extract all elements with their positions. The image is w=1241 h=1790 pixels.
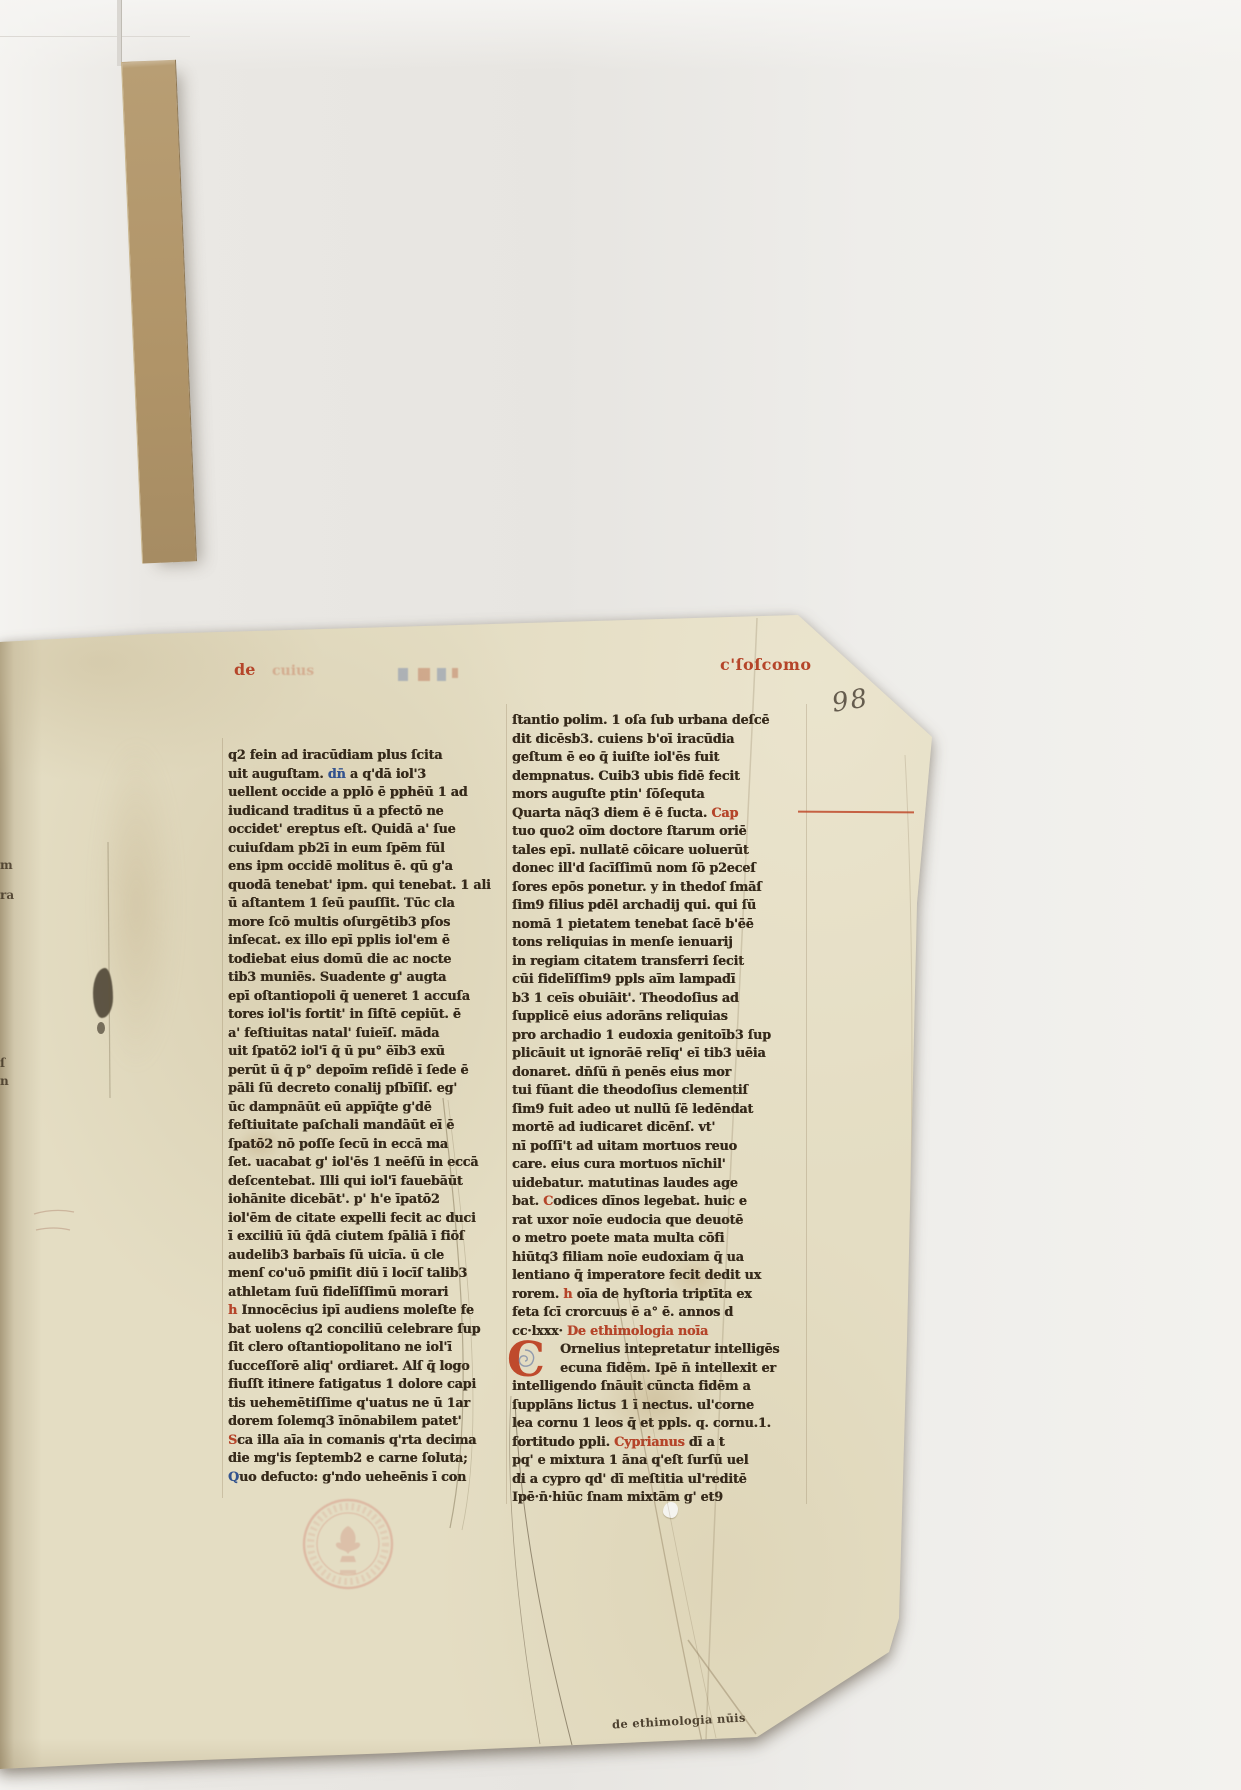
text-run: ecuna fidēm. Ipē n̄ intellexit er: [560, 1361, 776, 1376]
text-line: inſecat. ex illo epī pplis iol'em ē: [228, 932, 510, 951]
folio-number: 98: [830, 683, 871, 718]
text-run: C: [45, 0, 69, 31]
text-run: Innocēcius ipī audiens moleſte fe: [237, 1303, 474, 1318]
text-line: ſtantio polim. 1 oſa ſub urbana deſcē: [512, 712, 808, 731]
text-line: tuo quo2 oīm doctore ſtarum oriē: [512, 823, 808, 842]
title-part: C: [45, 0, 69, 31]
text-line: ſores epōs ponetur. y in thedoſ ſmāſ: [512, 879, 808, 898]
text-line: rorem. h oīa de hyſtoria triptīta ex: [512, 1286, 808, 1305]
text-line: geſtum ē eo q̄ iuiſte iol'ēs fuit: [512, 749, 808, 768]
text-line: occidet' ereptus eſt. Quidā a' ſue: [228, 821, 510, 840]
text-line: tib3 muniēs. Suadente g' augta: [228, 969, 510, 988]
text-run: De ethimologia noīa: [567, 1324, 708, 1339]
text-line: Quarta nāq3 diem ē ē ſucta. Cap: [512, 805, 808, 824]
text-line: menſ co'uō pmiſit diū ī locīſ talib3: [228, 1265, 510, 1284]
show-through-mark: [398, 668, 408, 681]
initial-flourish: [512, 1346, 538, 1376]
title-part: V: [85, 4, 102, 31]
text-line: fortitudo ppli. Cyprianus dī a t: [512, 1434, 808, 1453]
text-line: uit ſpatō2 iol'ī q̄ ū pu° ēīb3 exū: [228, 1043, 510, 1062]
text-line: care. eius cura mortuos nīchil': [512, 1156, 808, 1175]
text-line: intelligendo ſnāuit cūncta fidēm a: [512, 1378, 808, 1397]
text-line: nī poſſī't ad uitam mortuos reuo: [512, 1138, 808, 1157]
text-line: pro archadio 1 eudoxia genitoīb3 ſup: [512, 1027, 808, 1046]
text-run: uo defucto: g'ndo ueheēnis ī con: [239, 1470, 466, 1485]
text-run: C: [543, 1194, 553, 1209]
text-run: I: [112, 4, 122, 31]
text-line: ſupplāns lictus 1 ī nectus. ul'corne: [512, 1397, 808, 1416]
text-line: audelib3 barbaīs ſū uicīa. ū cle: [228, 1247, 510, 1266]
text-line: deſcentebat. Illi qui iol'ī fauebāūt: [228, 1173, 510, 1192]
text-line: lentiano q̄ imperatore fecit dedit ux: [512, 1267, 808, 1286]
leaf-shadow-wrapper: m ra ſ n de cuius ſcõCCXVIIiol'e c'ſoſco…: [0, 0, 1241, 1790]
title-part: I: [102, 4, 112, 31]
decorated-initial: C: [500, 1334, 552, 1390]
parchment-stain: [96, 740, 176, 1070]
text-run: dn̄: [328, 767, 346, 782]
text-line: more ſcō multis oſurgētib3 pſos: [228, 914, 510, 933]
text-line: q2 fein ad iracūdiam plus ſcita: [228, 747, 510, 766]
text-line: tores iol'is fortit' in ſiſtē cepiūt. ē: [228, 1006, 510, 1025]
text-line: h Innocēcius ipī audiens moleſte fe: [228, 1302, 510, 1321]
parchment-leaf: m ra ſ n de cuius ſcõCCXVIIiol'e c'ſoſco…: [0, 0, 1241, 1790]
text-line: Ornelius intepretatur intelligēs: [560, 1341, 808, 1360]
title-part: ſcõ: [0, 10, 27, 29]
gutter-text-fragment: m: [0, 858, 13, 872]
text-line: o metro poete mata multa cōfi: [512, 1230, 808, 1249]
text-line: ū aſtantem 1 ſeū pauſſit. Tūc cla: [228, 895, 510, 914]
show-through-mark: [452, 668, 458, 678]
text-line: uit auguſtam. dn̄ a q'dā iol'3: [228, 766, 510, 785]
text-line: uidebatur. matutinas laudes age: [512, 1175, 808, 1194]
text-line: cuiuſdam pb2ī in eum ſpēm fūl: [228, 840, 510, 859]
gutter-text-fragment: ra: [0, 888, 14, 902]
text-line: donaret. dn̄ſū n̄ penēs eius mor: [512, 1064, 808, 1083]
text-line: ſet. uacabat g' iol'ēs 1 neēſū in eccā: [228, 1154, 510, 1173]
ruling-line: [222, 738, 223, 1498]
text-run: h: [228, 1303, 237, 1318]
text-run: I: [102, 4, 112, 31]
title-part: I: [112, 4, 122, 31]
text-line: perūt ū q̄ p° depoīm reſidē ī ſede ē: [228, 1062, 510, 1081]
text-line: plicāuit ut ignorāē relīq' eī tib3 uēia: [512, 1045, 808, 1064]
text-line: tui fūant die theodoſius clementiſ: [512, 1082, 808, 1101]
red-margin-rule: [798, 811, 914, 814]
text-line: iudicand traditus ū a pfectō ne: [228, 803, 510, 822]
text-run: Quarta nāq3 diem ē ē ſucta.: [512, 806, 711, 821]
text-run: S: [228, 1433, 237, 1448]
text-column-right: ſtantio polim. 1 oſa ſub urbana deſcēdit…: [512, 712, 808, 1508]
ink-blot-small: [97, 1022, 105, 1034]
text-line: ī exciliū īū q̄dā ciutem ſpāliā ī fiōſ: [228, 1228, 510, 1247]
text-line: fiuſſt itinere fatigatus 1 dolore capi: [228, 1376, 510, 1395]
text-line: Quo defucto: g'ndo ueheēnis ī con: [228, 1469, 510, 1488]
text-run: bat.: [512, 1194, 543, 1209]
text-line: b3 1 ceīs obuiāit'. Theodoſius ad: [512, 990, 808, 1009]
text-line: a' feſtiuitas natal' ſuieīſ. māda: [228, 1025, 510, 1044]
text-run: V: [85, 4, 102, 31]
text-line: donec ill'd ſacīſſimū nom ſō p2eceſ: [512, 860, 808, 879]
text-line: dempnatus. Cuib3 ubis fidē fecit: [512, 768, 808, 787]
catchword: de ethimologia nūis: [612, 1711, 746, 1732]
text-line: di a cypro qd' dī meſtitia ul'reditē: [512, 1471, 808, 1490]
text-line: ſupplicē eius adorāns reliquias: [512, 1008, 808, 1027]
text-line: rat uxor noīe eudocia que deuotē: [512, 1212, 808, 1231]
text-line: pāli ſū decreto conalij pſbīſiſ. eg': [228, 1080, 510, 1099]
text-run: oīa de hyſtoria triptīta ex: [572, 1287, 751, 1302]
text-line: dorem ſolemq3 īnōnabilem patet': [228, 1413, 510, 1432]
text-line: ſim9 filius pdēl archadij qui. qui ſū: [512, 897, 808, 916]
gutter-text-fragment: n: [0, 1074, 9, 1088]
text-line: tons reliquias in menſe ienuarij: [512, 934, 808, 953]
text-run: a q'dā iol'3: [346, 767, 426, 782]
text-run: Cyprianus: [614, 1435, 684, 1450]
running-title-right: c'ſoſcomo: [720, 655, 812, 674]
text-line: lea cornu 1 leos q̄ et ppls. q. cornu.1.: [512, 1415, 808, 1434]
text-line: tis uehemētiſſime q'uatus ne ū 1ar: [228, 1395, 510, 1414]
title-part: C: [27, 4, 44, 31]
text-line: iohānite dicebāt'. p' h'e īpatō2: [228, 1191, 510, 1210]
text-line: ſim9 fuit adeo ut nullū ſē ledēndat: [512, 1101, 808, 1120]
text-run: dī a t: [685, 1435, 725, 1450]
text-run: ſcõ: [0, 10, 27, 29]
show-through-mark: [437, 668, 446, 681]
text-line: quodā tenebat' ipm. qui tenebat. 1 ali: [228, 877, 510, 896]
text-run: X: [68, 4, 85, 31]
manuscript-photo: m ra ſ n de cuius ſcõCCXVIIiol'e c'ſoſco…: [0, 0, 1241, 1790]
text-run: iol'e: [122, 10, 160, 29]
text-line: Ipē·n̄·hiūc ſnam mixtām g' et9: [512, 1489, 808, 1508]
text-run: Ornelius intepretatur intelligēs: [560, 1342, 779, 1357]
text-line: mortē ad iudicaret dicēnſ. vt': [512, 1119, 808, 1138]
text-run: Q: [228, 1470, 239, 1485]
text-column-left: q2 fein ad iracūdiam plus ſcitauit auguſ…: [228, 747, 510, 1487]
show-through-mark: [418, 668, 430, 681]
text-run: Cap: [711, 806, 738, 821]
text-line: bat uolens q2 conciliū celebrare ſup: [228, 1321, 510, 1340]
title-part: X: [68, 4, 85, 31]
text-line: ſit clero oſtantiopolitano ne iol'ī: [228, 1339, 510, 1358]
text-line: feſtiuitate paſchali mandāūt eī ē: [228, 1117, 510, 1136]
text-line: die mg'is ſeptemb2 e carne ſoluta;: [228, 1450, 510, 1469]
text-line: nomā 1 pietatem tenebat ſacē b'ēē: [512, 916, 808, 935]
text-run: rorem.: [512, 1287, 563, 1302]
text-line: ſpatō2 nō poſſe ſecū in eccā ma: [228, 1136, 510, 1155]
text-line: pq' e mixtura 1 āna q'eſt ſurſū uel: [512, 1452, 808, 1471]
text-line: ſucceſſorē aliq' ordiaret. Alſ q̄ logo: [228, 1358, 510, 1377]
text-line: uellent occide a pplō ē pphēū 1 ad: [228, 784, 510, 803]
text-run: h: [563, 1287, 572, 1302]
text-run: ca illa aīa in comanis q'rta decima: [237, 1433, 476, 1448]
text-line: ens ipm occidē molitus ē. qū g'a: [228, 858, 510, 877]
text-line: epī oſtantiopoli q̄ ueneret 1 accuſa: [228, 988, 510, 1007]
gutter-text-fragment: ſ: [0, 1056, 5, 1070]
running-title-chapter-number: ſcõCCXVIIiol'e: [0, 0, 1241, 31]
text-run: fortitudo ppli.: [512, 1435, 614, 1450]
running-title-left: de: [234, 660, 255, 679]
text-line: iol'ēm de citate expelli fecit ac duci: [228, 1210, 510, 1229]
text-line: in regiam citatem transferri ſecit: [512, 953, 808, 972]
text-line: Sca illa aīa in comanis q'rta decima: [228, 1432, 510, 1451]
text-line: mors auguſte ptin' ſōſequta: [512, 786, 808, 805]
text-line: dit dicēsb3. cuiens b'oī iracūdia: [512, 731, 808, 750]
title-part: iol'e: [122, 10, 160, 29]
text-line: athletam ſuū fidelīſſimū morari: [228, 1284, 510, 1303]
text-line: hiūtq3 filiam noīe eudoxiam q̄ ua: [512, 1249, 808, 1268]
text-run: odices dīnos legebat. huic e: [553, 1194, 747, 1209]
text-run: C: [27, 4, 44, 31]
text-line: cūi fidelīſſim9 ppls aīm lampadī: [512, 971, 808, 990]
text-line: todiebat eius domū die ac nocte: [228, 951, 510, 970]
ink-blot: [93, 968, 113, 1018]
text-line: ecuna fidēm. Ipē n̄ intellexit er: [560, 1360, 808, 1379]
text-line: feta ſcī crorcuus ē a° ē. annos d: [512, 1304, 808, 1323]
text-line: ūc dampnāūt eū appīq̄te g'dē: [228, 1099, 510, 1118]
text-line: cc·lxxx· De ethimologia noīa: [512, 1323, 808, 1342]
text-line: tales epī. nullatē cōicare uoluerūt: [512, 842, 808, 861]
library-stamp: [300, 1496, 396, 1592]
text-line: bat. Codices dīnos legebat. huic e: [512, 1193, 808, 1212]
text-run: uit auguſtam.: [228, 767, 328, 782]
show-through-ghost-text: cuius: [272, 663, 314, 679]
